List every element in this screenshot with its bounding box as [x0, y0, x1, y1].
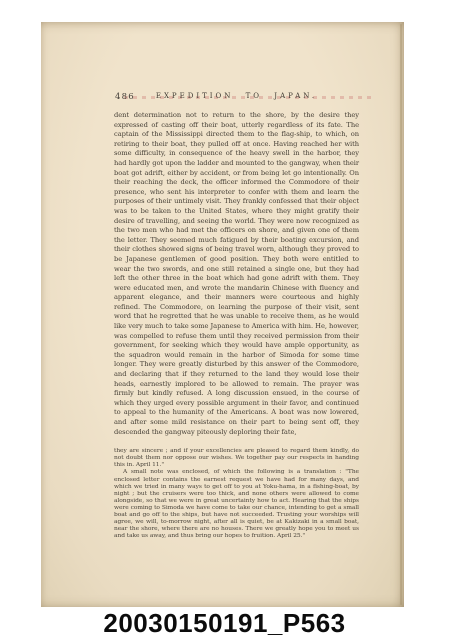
page-text-column: 486 EXPEDITION TO JAPAN. dent determinat…: [114, 92, 359, 540]
book-page-photo: 486 EXPEDITION TO JAPAN. dent determinat…: [41, 22, 404, 607]
footnote-paragraph-2: A small note was enclosed, of which the …: [114, 469, 359, 540]
page-edge: [400, 24, 402, 605]
body-paragraph: dent determination not to return to the …: [114, 111, 359, 437]
footnote-paragraph-1: they are sincere ; and if your excellenc…: [114, 448, 359, 469]
running-title: EXPEDITION TO JAPAN.: [114, 92, 359, 100]
archival-id-caption: 20030150191_P563: [0, 608, 449, 640]
page-header: 486 EXPEDITION TO JAPAN.: [114, 92, 359, 104]
footnote-block: they are sincere ; and if your excellenc…: [114, 448, 359, 540]
